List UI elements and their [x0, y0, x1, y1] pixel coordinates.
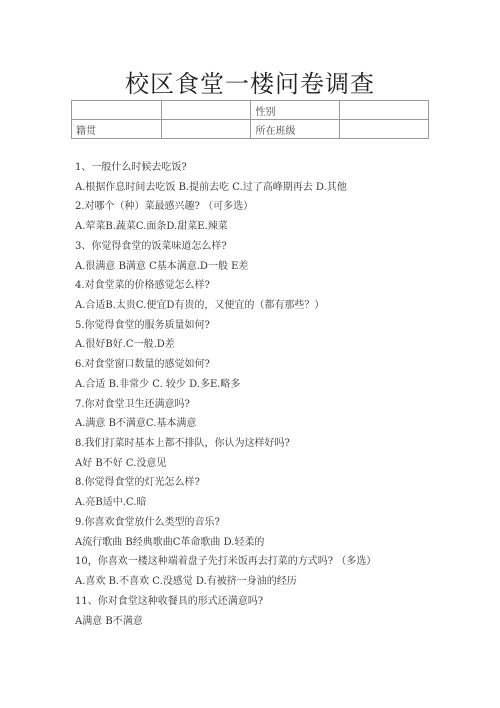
class-label: 所在班级 — [251, 120, 339, 139]
document-title: 校区食堂一楼问卷调查 — [0, 64, 500, 99]
options-9: A流行歌曲 B经典歌曲C革命歌曲 D.轻柔的 — [75, 536, 264, 550]
hometown-label: 籍贯 — [72, 120, 162, 139]
gender-label: 性别 — [251, 101, 339, 120]
options-8a: A好 B不好 C.没意见 — [75, 457, 166, 471]
question-3: 3、你觉得食堂的饭菜味道怎么样? — [75, 240, 227, 254]
question-11: 11、你对食堂这种收餐具的形式还满意吗? — [75, 595, 263, 609]
class-field[interactable] — [339, 120, 428, 139]
hometown-field[interactable] — [162, 120, 251, 139]
question-1: 1、一般什么时候去吃饭? — [75, 161, 187, 175]
table-cell[interactable] — [72, 101, 162, 120]
options-8b: A.亮B适中.C.暗 — [75, 496, 146, 510]
options-10: A.喜欢 B.不喜欢 C.没感觉 D.有被挤一身油的经历 — [75, 575, 297, 589]
question-9: 9.你喜欢食堂放什么类型的音乐? — [75, 516, 220, 530]
question-6: 6.对食堂窗口数量的感觉如何? — [75, 358, 210, 372]
question-8b: 8.你觉得食堂的灯光怎么样? — [75, 476, 200, 490]
question-4: 4.对食堂菜的价格感觉怎么样? — [75, 279, 210, 293]
options-2: A.荤菜B.蔬菜C.面条D.甜菜E.辣菜 — [75, 220, 228, 234]
question-2: 2.对哪个（种）菜最感兴趣? （可多选） — [75, 200, 253, 214]
question-10: 10，你喜欢一楼这种端着盘子先打米饭再去打菜的方式吗? （多选） — [75, 555, 376, 569]
options-1: A.根据作息时间去吃饭 B.提前去吃 C.过了高峰期再去 D.其他 — [75, 181, 347, 195]
question-8a: 8.我们打菜时基本上都不排队，你认为这样好吗? — [75, 437, 290, 451]
table-row: 性别 — [72, 101, 429, 120]
options-4: A.合适B.太贵C.便宜D有贵的，又便宜的（都有那些？） — [75, 299, 324, 313]
options-6: A.合适 B.非常少 C. 较少 D.多E.略多 — [75, 378, 240, 392]
personal-info-table: 性别 籍贯 所在班级 — [71, 100, 429, 139]
options-7: A.满意 B不满意C.基本满意 — [75, 417, 196, 431]
options-3: A.很满意 B满意 C基本满意.D一般 E差 — [75, 260, 248, 274]
options-5: A.很好B好.C一般.D差 — [75, 338, 175, 352]
question-5: 5.你觉得食堂的服务质量如何? — [75, 319, 210, 333]
question-7: 7.你对食堂卫生还满意吗? — [75, 398, 190, 412]
gender-field[interactable] — [339, 101, 428, 120]
table-row: 籍贯 所在班级 — [72, 120, 429, 139]
options-11: A满意 B不满意 — [75, 615, 143, 629]
table-cell[interactable] — [162, 101, 251, 120]
